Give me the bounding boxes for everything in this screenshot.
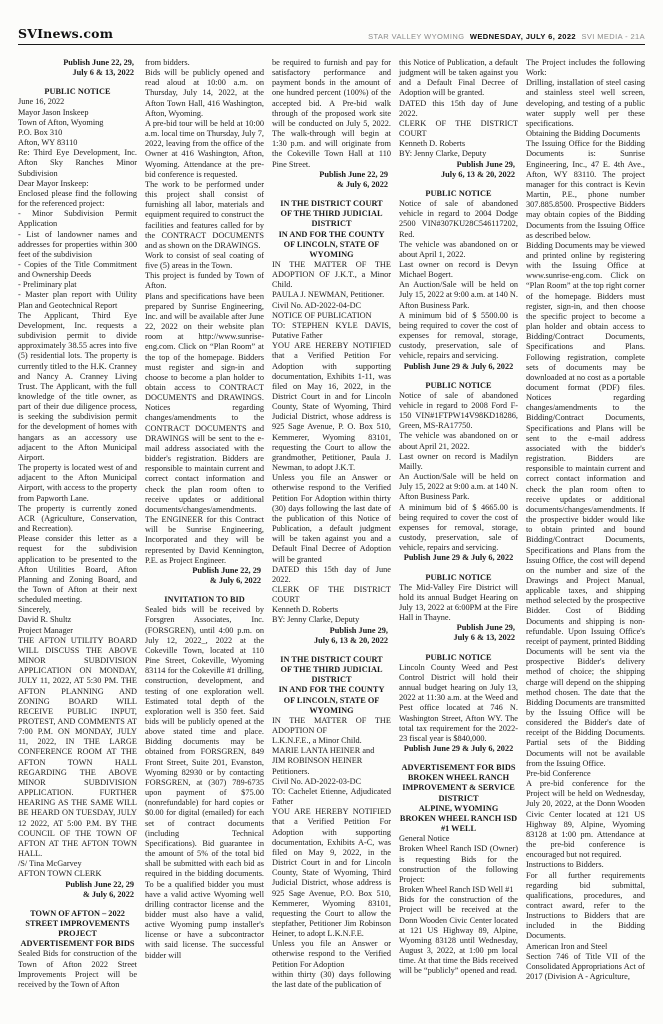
notice-paragraph: June 16, 2022 bbox=[18, 97, 137, 107]
publish-dates-line: Publish June 22, 29 & July 6, 2022 bbox=[145, 566, 264, 586]
notice-heading: ADVERTISEMENT FOR BIDS BROKEN WHEEL RANC… bbox=[399, 763, 518, 834]
notice-paragraph: Sealed bids will be received by Forsgren… bbox=[145, 605, 264, 960]
notice-paragraph: Unless you file an Answer or otherwise r… bbox=[272, 473, 391, 564]
notice-paragraph: - Preliminary plat bbox=[18, 280, 137, 290]
notice-paragraph: Re: Third Eye Development, Inc. Afton Sk… bbox=[18, 148, 137, 178]
notice-paragraph: A minimum bid of $ 4665.00 is being requ… bbox=[399, 503, 518, 554]
notice-paragraph: PAULA J. NEWMAN, Petitioner. bbox=[272, 290, 391, 300]
notice-paragraph: L.K.N.F.E., a Minor Child. bbox=[272, 736, 391, 746]
notice-paragraph: Instructions to Bidders. bbox=[526, 860, 645, 870]
notice-paragraph: Petitioners. bbox=[272, 767, 391, 777]
notice-paragraph: TO: STEPHEN KYLE DAVIS, Putative Father bbox=[272, 321, 391, 341]
notice-paragraph: - Master plan report with Utility Plan a… bbox=[18, 290, 137, 310]
publish-dates-line: Publish June 29, July 6, 13 & 20, 2022 bbox=[272, 626, 391, 646]
notice-paragraph: IN THE MATTER OF THE ADOPTION OF bbox=[272, 716, 391, 736]
notice-paragraph: David R. Shultz bbox=[18, 615, 137, 625]
notice-columns: Publish June 22, 29, July 6 & 13, 2022PU… bbox=[0, 45, 663, 990]
notice-heading: INVITATION TO BID bbox=[145, 595, 264, 605]
notice-paragraph: The property is currently zoned ACR (Agr… bbox=[18, 504, 137, 534]
notice-paragraph: CLERK OF THE DISTRICT COURT bbox=[399, 119, 518, 139]
notice-paragraph: Broken Wheel Ranch ISD (Owner) is reques… bbox=[399, 844, 518, 885]
notice-paragraph: - Minor Subdivision Permit Application bbox=[18, 209, 137, 229]
notice-paragraph: Civil No. AD-2022-04-DC bbox=[272, 301, 391, 311]
publish-dates-line: Publish June 22, 29 & July 6, 2022 bbox=[272, 170, 391, 190]
notice-paragraph: Notice of sale of abandoned vehicle in r… bbox=[399, 199, 518, 240]
notice-paragraph: within thirty (30) days following the la… bbox=[272, 970, 391, 990]
notice-paragraph: The work to be performed under this proj… bbox=[145, 180, 264, 251]
issue-line: STAR VALLEY WYOMING WEDNESDAY, JULY 6, 2… bbox=[365, 32, 645, 41]
notice-paragraph: THE AFTON UTILITY BOARD WILL DISCUSS THE… bbox=[18, 636, 137, 859]
notice-paragraph: Dear Mayor Inskeep: bbox=[18, 179, 137, 189]
notice-paragraph: Enclosed please find the following for t… bbox=[18, 189, 137, 209]
notice-paragraph: Bids for the construction of the Project… bbox=[399, 895, 518, 976]
notice-paragraph: Bids will be publicly opened and read al… bbox=[145, 68, 264, 119]
notice-heading: TOWN OF AFTON – 2022 STREET IMPROVEMENTS… bbox=[18, 909, 137, 950]
publish-dates-line: Publish June 22, 29, July 6 & 13, 2022 bbox=[18, 58, 137, 78]
notice-paragraph: BY: Jenny Clarke, Deputy bbox=[272, 615, 391, 625]
notice-paragraph: Obtaining the Bidding Documents bbox=[526, 129, 645, 139]
notice-paragraph: AFTON TOWN CLERK bbox=[18, 869, 137, 879]
issue-date: WEDNESDAY, JULY 6, 2022 bbox=[470, 32, 576, 41]
notice-paragraph: Section 746 of Title VII of the Consolid… bbox=[526, 952, 645, 982]
notice-paragraph: Pre-bid Conference bbox=[526, 769, 645, 779]
notice-paragraph: A minimum bid of $ 5500.00 is being requ… bbox=[399, 311, 518, 362]
notice-paragraph: An Auction/Sale will be held on July 15,… bbox=[399, 280, 518, 310]
notice-paragraph: The Mid-Valley Fire District will hold i… bbox=[399, 583, 518, 624]
publish-dates-line: Publish June 29 & July 6, 2022 bbox=[399, 553, 518, 563]
column-4: this Notice of Publication, a default ju… bbox=[399, 58, 518, 990]
publish-dates-line: Publish June 29 & July 6, 2022 bbox=[399, 744, 518, 754]
notice-heading: PUBLIC NOTICE bbox=[399, 381, 518, 391]
masthead: SVInews.com STAR VALLEY WYOMING WEDNESDA… bbox=[18, 26, 645, 45]
column-1: Publish June 22, 29, July 6 & 13, 2022PU… bbox=[18, 58, 137, 990]
notice-paragraph: The Applicant, Third Eye Development, In… bbox=[18, 311, 137, 463]
issue-location: STAR VALLEY WYOMING bbox=[368, 32, 464, 41]
notice-paragraph: - Copies of the Title Commitment and Own… bbox=[18, 260, 137, 280]
notice-paragraph: JIM ROBINSON HEINER bbox=[272, 756, 391, 766]
notice-heading: PUBLIC NOTICE bbox=[399, 189, 518, 199]
notice-paragraph: Last owner on record is Madilyn Mailly. bbox=[399, 452, 518, 472]
notice-paragraph: Sealed Bids for construction of the Town… bbox=[18, 949, 137, 990]
site-name: SVInews.com bbox=[18, 26, 113, 41]
notice-paragraph: Afton, WY 83110 bbox=[18, 138, 137, 148]
notice-paragraph: Last owner on record is Devyn Michael Bo… bbox=[399, 260, 518, 280]
notice-paragraph: /S/ Tina McGarvey bbox=[18, 859, 137, 869]
publish-dates-line: Publish June 22, 29 & July 6, 2022 bbox=[18, 880, 137, 900]
notice-heading: PUBLIC NOTICE bbox=[18, 87, 137, 97]
notice-paragraph: Lincoln County Weed and Pest Control Dis… bbox=[399, 663, 518, 744]
newspaper-page: SVInews.com STAR VALLEY WYOMING WEDNESDA… bbox=[0, 0, 663, 1024]
notice-paragraph: BY: Jenny Clarke, Deputy bbox=[399, 149, 518, 159]
notice-paragraph: DATED this 15th day of June 2022. bbox=[272, 565, 391, 585]
notice-paragraph: DATED this 15th day of June 2022. bbox=[399, 99, 518, 119]
notice-paragraph: Sincerely, bbox=[18, 605, 137, 615]
notice-paragraph: Plans and specifications have been prepa… bbox=[145, 292, 264, 566]
notice-paragraph: Unless you file an Answer or otherwise r… bbox=[272, 939, 391, 969]
publish-dates-line: Publish June 29, July 6, 13 & 20, 2022 bbox=[399, 160, 518, 180]
notice-paragraph: A pre-bid tour will be held at 10:00 a.m… bbox=[145, 119, 264, 180]
notice-paragraph: Please consider this letter as a request… bbox=[18, 534, 137, 605]
notice-paragraph: - List of landowner names and addresses … bbox=[18, 230, 137, 260]
notice-paragraph: Work to consist of seal coating of five … bbox=[145, 251, 264, 271]
notice-paragraph: be required to furnish and pay for satis… bbox=[272, 58, 391, 170]
notice-paragraph: from bidders. bbox=[145, 58, 264, 68]
notice-paragraph: YOU ARE HEREBY NOTIFIED that a Verified … bbox=[272, 341, 391, 473]
notice-paragraph: YOU ARE HEREBY NOTIFIED that a Verified … bbox=[272, 807, 391, 939]
notice-paragraph: An Auction/Sale will be held on July 15,… bbox=[399, 472, 518, 502]
notice-paragraph: CLERK OF THE DISTRICT COURT bbox=[272, 585, 391, 605]
notice-paragraph: Town of Afton, Wyoming bbox=[18, 118, 137, 128]
notice-paragraph: TO: Cachelet Etienne, Adjudicated Father bbox=[272, 787, 391, 807]
notice-heading: PUBLIC NOTICE bbox=[399, 573, 518, 583]
notice-paragraph: Kenneth D. Roberts bbox=[399, 139, 518, 149]
notice-paragraph: MARIE LANTA HEINER and bbox=[272, 746, 391, 756]
notice-paragraph: American Iron and Steel bbox=[526, 942, 645, 952]
notice-heading: PUBLIC NOTICE bbox=[399, 653, 518, 663]
notice-heading: IN THE DISTRICT COURT OF THE THIRD JUDIC… bbox=[272, 655, 391, 716]
notice-paragraph: The Issuing Office for the Bidding Docum… bbox=[526, 139, 645, 241]
notice-paragraph: This project is funded by Town of Afton. bbox=[145, 271, 264, 291]
notice-paragraph: Broken Wheel Ranch ISD Well #1 bbox=[399, 885, 518, 895]
notice-paragraph: Notice of sale of abandoned vehicle in r… bbox=[399, 391, 518, 432]
notice-paragraph: General Notice bbox=[399, 834, 518, 844]
column-3: be required to furnish and pay for satis… bbox=[272, 58, 391, 990]
column-5: The Project includes the following Work:… bbox=[526, 58, 645, 990]
notice-heading: IN THE DISTRICT COURT OF THE THIRD JUDIC… bbox=[272, 199, 391, 260]
issue-edition: SVI MEDIA - 21A bbox=[581, 32, 645, 41]
notice-paragraph: For all further requirements regarding b… bbox=[526, 871, 645, 942]
notice-paragraph: Drilling, installation of steel casing a… bbox=[526, 78, 645, 129]
publish-dates-line: Publish June 29, July 6 & 13, 2022 bbox=[399, 623, 518, 643]
notice-paragraph: IN THE MATTER OF THE ADOPTION OF J.K.T.,… bbox=[272, 260, 391, 290]
notice-paragraph: The vehicle was abandoned on or about Ap… bbox=[399, 431, 518, 451]
notice-paragraph: Bidding Documents may be viewed and prin… bbox=[526, 241, 645, 769]
notice-paragraph: A pre-bid conference for the Project wil… bbox=[526, 779, 645, 860]
notice-paragraph: Civil No. AD-2022-03-DC bbox=[272, 777, 391, 787]
notice-paragraph: Project Manager bbox=[18, 626, 137, 636]
notice-paragraph: NOTICE OF PUBLICATION bbox=[272, 311, 391, 321]
publish-dates-line: Publish June 29 & July 6, 2022 bbox=[399, 362, 518, 372]
notice-paragraph: P.O. Box 310 bbox=[18, 128, 137, 138]
notice-paragraph: Mayor Jason Inskeep bbox=[18, 108, 137, 118]
notice-paragraph: The property is located west of and adja… bbox=[18, 463, 137, 504]
notice-paragraph: Kenneth D. Roberts bbox=[272, 605, 391, 615]
column-2: from bidders.Bids will be publicly opene… bbox=[145, 58, 264, 990]
notice-paragraph: The Project includes the following Work: bbox=[526, 58, 645, 78]
notice-paragraph: The vehicle was abandoned on or about Ap… bbox=[399, 240, 518, 260]
notice-paragraph: this Notice of Publication, a default ju… bbox=[399, 58, 518, 99]
